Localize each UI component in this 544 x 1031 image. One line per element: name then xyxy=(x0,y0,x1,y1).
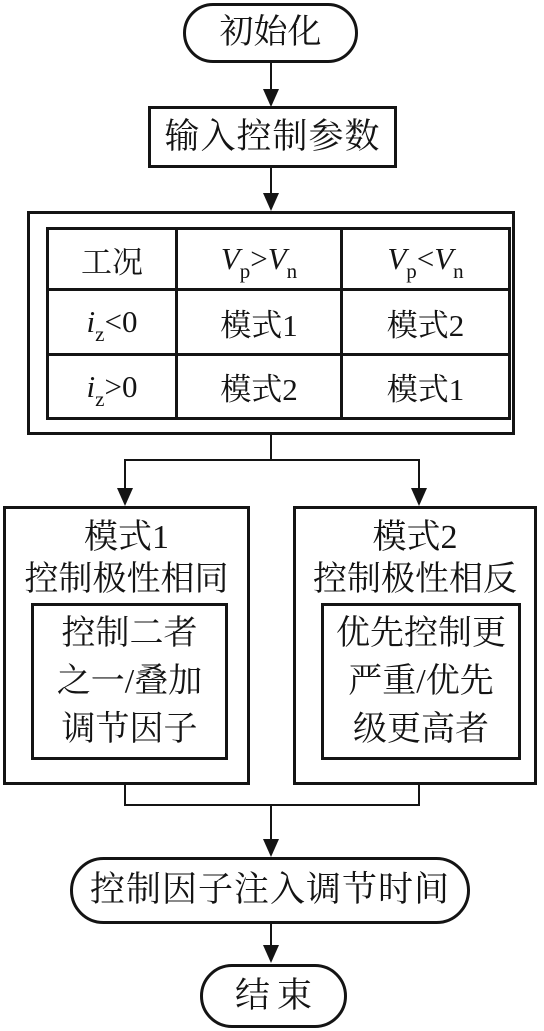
mode2-subtitle-line: 控制极性相反 xyxy=(313,561,517,598)
connector-table-branch-stem xyxy=(270,435,272,461)
start-node: 初始化 xyxy=(183,3,358,63)
mode2-title-line: 模式2 xyxy=(373,519,458,556)
table-cell-vp-lt-vn-header: Vp<Vn xyxy=(342,229,510,290)
mode1-title-line: 模式1 xyxy=(84,519,169,556)
connector-inject-end xyxy=(270,924,272,947)
input-parameters-node: 输入控制参数 xyxy=(148,106,397,168)
mode2-box: 模式2 控制极性相反 优先控制更严重/优先级更高者 xyxy=(293,506,537,785)
table-row: iz>0 模式2 模式1 xyxy=(48,355,510,419)
table-row: iz<0 模式1 模式2 xyxy=(48,290,510,355)
start-label: 初始化 xyxy=(220,13,322,52)
mode1-title: 模式1 控制极性相同 xyxy=(6,517,247,601)
mode2-inner-box: 优先控制更严重/优先级更高者 xyxy=(321,603,521,760)
arrowhead-start-input xyxy=(263,89,279,107)
connector-merge-horizontal xyxy=(124,804,420,806)
connector-merge-stem xyxy=(270,804,272,841)
connector-input-table xyxy=(270,168,272,195)
table-cell-mode1: 模式1 xyxy=(177,290,342,355)
mode1-box: 模式1 控制极性相同 控制二者之一/叠加调节因子 xyxy=(3,506,250,785)
mode1-inner-box: 控制二者之一/叠加调节因子 xyxy=(31,603,228,760)
arrowhead-branch-right xyxy=(411,488,427,506)
end-label: 结束 xyxy=(228,976,319,1016)
mode1-subtitle-line: 控制极性相同 xyxy=(25,561,229,598)
connector-branch-horizontal xyxy=(124,459,420,461)
table-cell-mode1b: 模式1 xyxy=(342,355,510,419)
table-cell-iz-gt-0: iz>0 xyxy=(48,355,177,419)
mode2-body-text: 优先控制更严重/优先级更高者 xyxy=(336,610,506,754)
connector-start-input xyxy=(270,62,272,92)
table-cell-condition-header: 工况 xyxy=(48,229,177,290)
mode1-body-text: 控制二者之一/叠加调节因子 xyxy=(57,610,202,754)
connector-merge-left xyxy=(124,784,126,806)
connector-branch-left xyxy=(124,459,126,490)
connector-branch-right xyxy=(418,459,420,490)
input-parameters-label: 输入控制参数 xyxy=(164,117,380,157)
arrowhead-inject-end xyxy=(263,945,279,963)
table-cell-vp-gt-vn-header: Vp>Vn xyxy=(177,229,342,290)
arrowhead-branch-left xyxy=(117,488,133,506)
table-cell-mode2b: 模式2 xyxy=(177,355,342,419)
end-node: 结束 xyxy=(200,964,347,1028)
table-cell-mode2: 模式2 xyxy=(342,290,510,355)
inject-label: 控制因子注入调节时间 xyxy=(90,870,450,910)
mode2-title: 模式2 控制极性相反 xyxy=(296,517,534,601)
table-cell-iz-lt-0: iz<0 xyxy=(48,290,177,355)
flowchart-canvas: 初始化 输入控制参数 工况 Vp>Vn Vp<Vn iz<0 模式1 模式2 i… xyxy=(0,0,544,1031)
arrowhead-input-table xyxy=(263,193,279,211)
table-row: 工况 Vp>Vn Vp<Vn xyxy=(48,229,510,290)
inject-node: 控制因子注入调节时间 xyxy=(70,857,470,924)
arrowhead-merge-inject xyxy=(263,839,279,857)
connector-merge-right xyxy=(418,784,420,806)
mode-table: 工况 Vp>Vn Vp<Vn iz<0 模式1 模式2 iz>0 模式2 模式1 xyxy=(46,227,511,420)
